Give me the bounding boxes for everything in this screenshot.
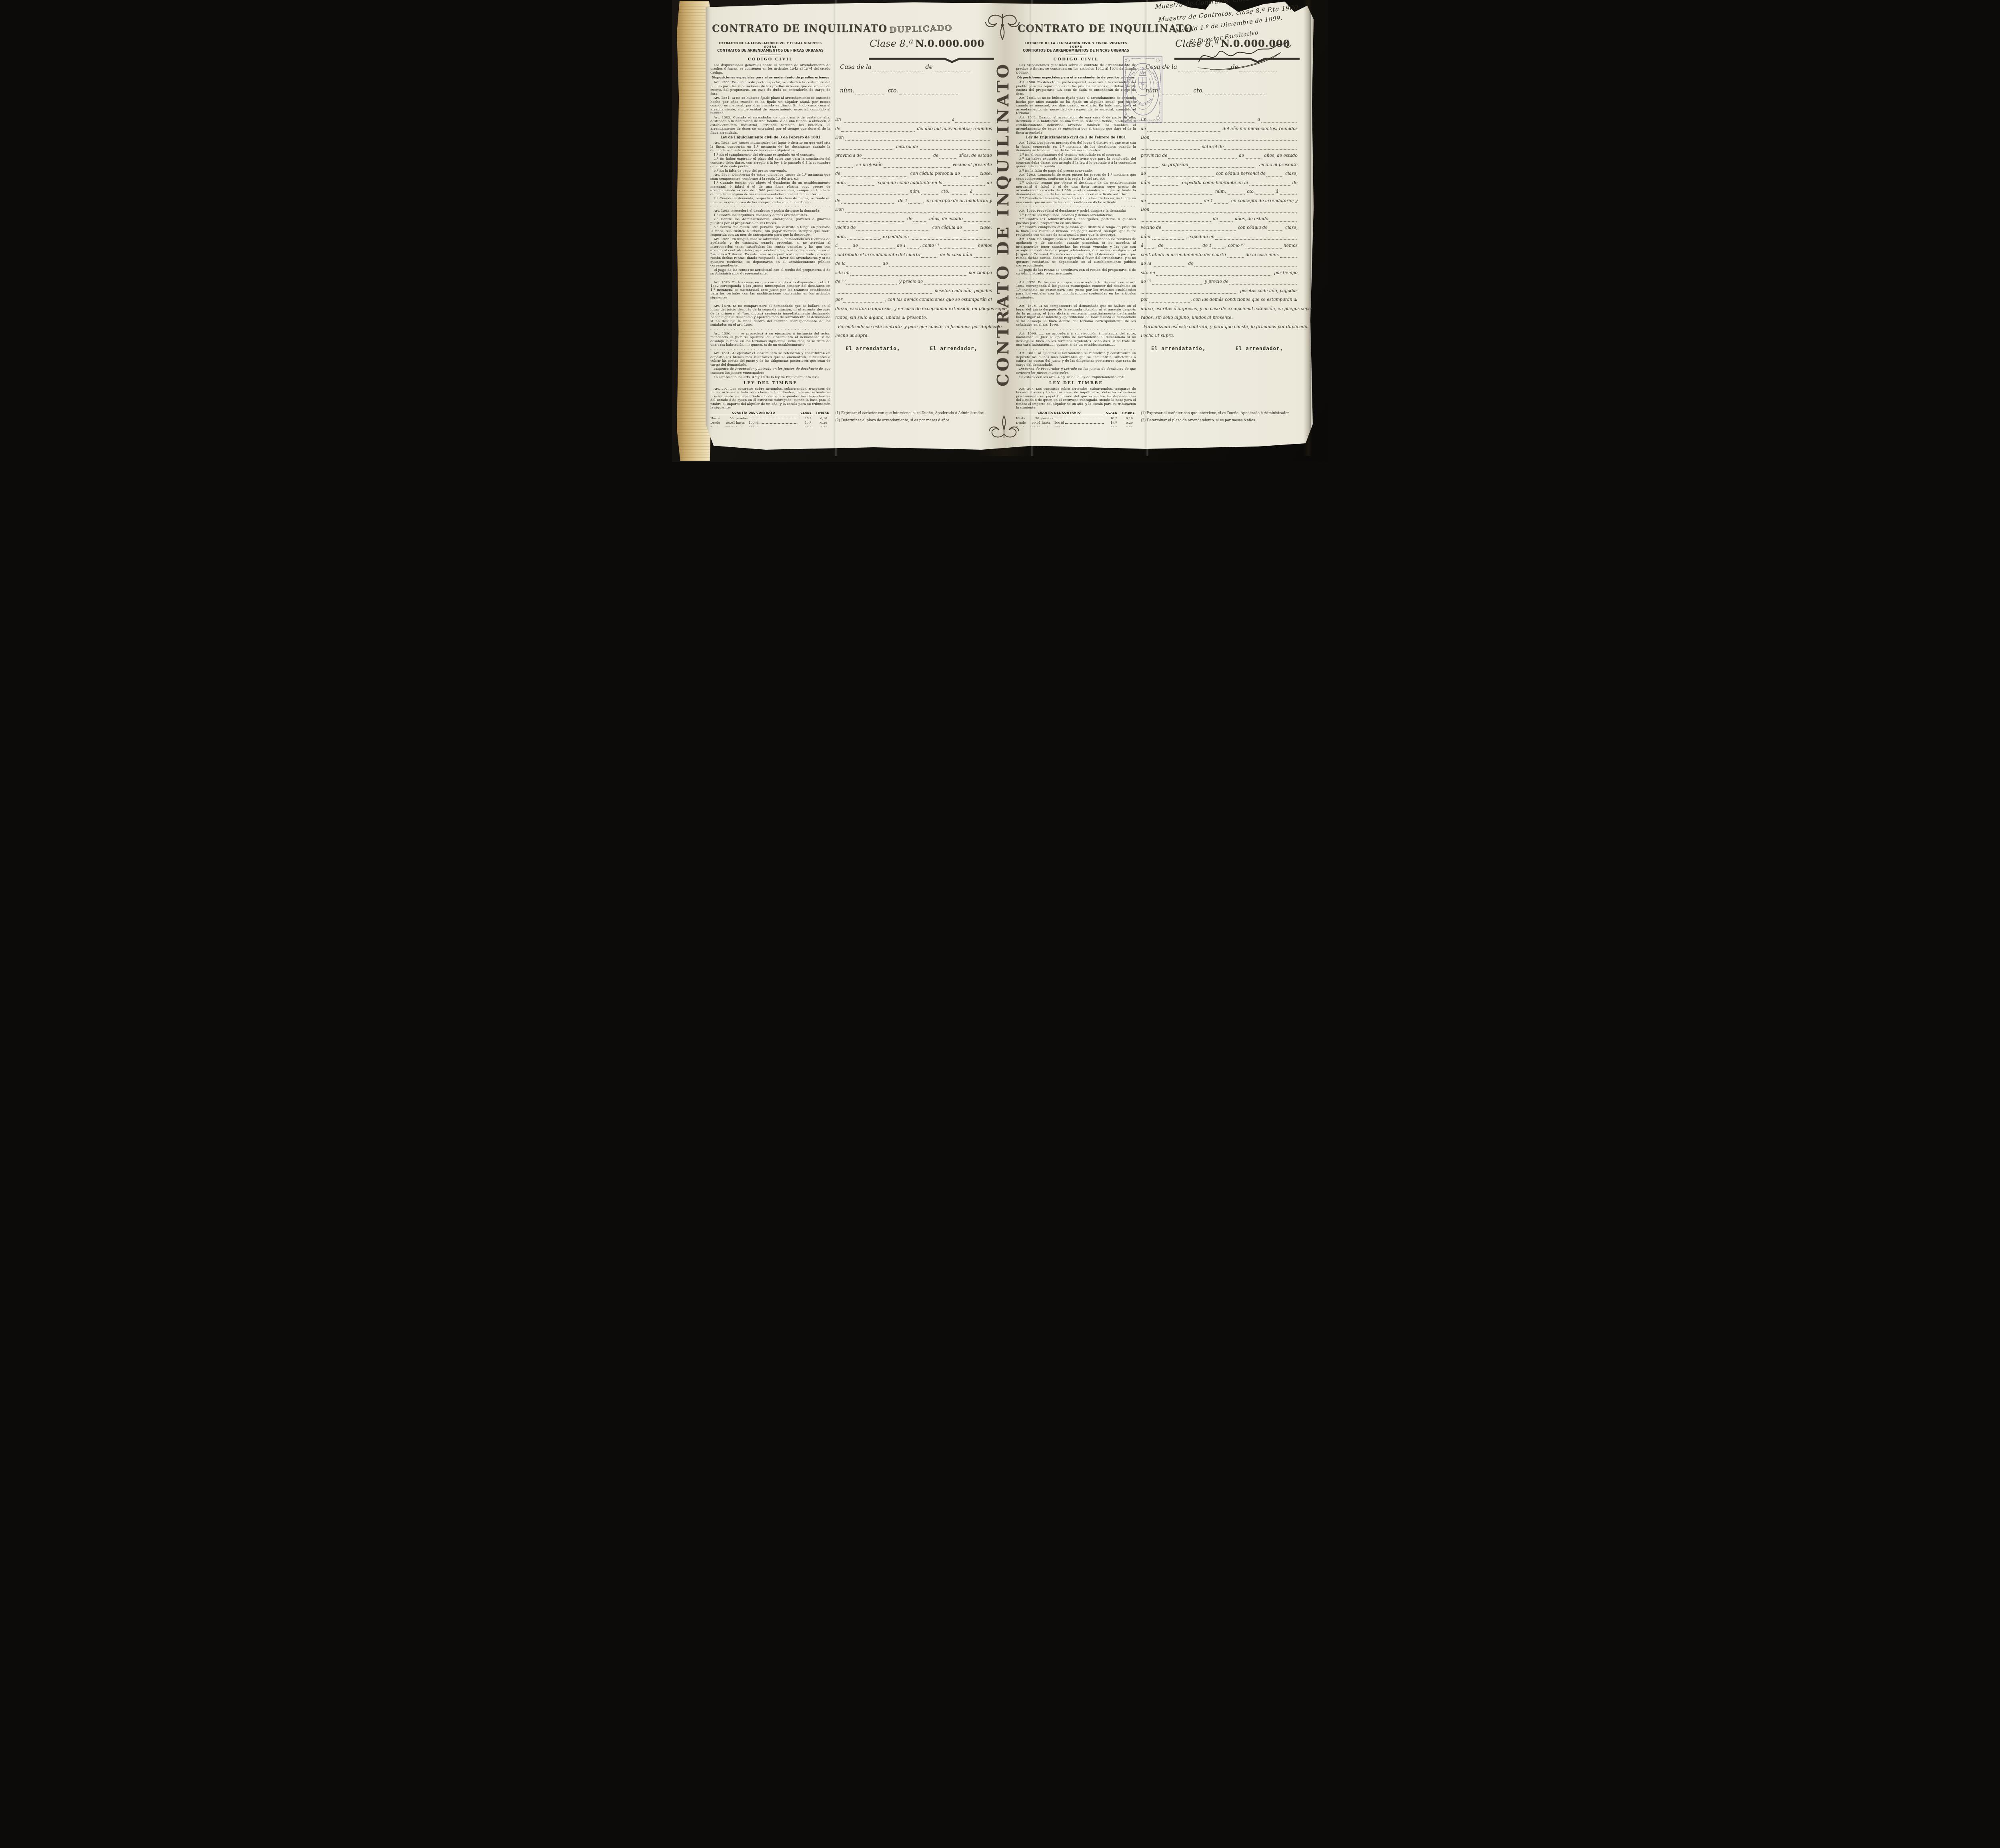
bottom-flourish-ornament — [987, 414, 1021, 440]
form-body: En ade del año mil nuevecientos; reunido… — [835, 115, 992, 340]
tariff-table: CUANTÍA DEL CONTRATO CLASE TIMBRE Hasta … — [1016, 411, 1136, 426]
form-line: Fecha ut supra. — [835, 331, 992, 340]
legal-paragraph: Disposiciones especiales para el arrenda… — [1016, 76, 1136, 80]
form-line: de años, de estado — [835, 214, 992, 224]
signature-row: El arrendatario, El arrendador, — [835, 340, 992, 351]
legal-paragraph: CONTRATOS DE ARRENDAMIENTOS DE FINCAS UR… — [1016, 49, 1136, 53]
legal-paragraph — [760, 54, 781, 55]
tariff-table: CUANTÍA DEL CONTRATO CLASE TIMBRE Hasta … — [710, 411, 830, 426]
legal-paragraph: 1.º Cuando tengan por objeto el desahuci… — [710, 181, 830, 196]
dot-leader — [749, 419, 798, 419]
royal-coat-of-arms — [1134, 68, 1151, 96]
legal-paragraph: Art. 1596. ..... se procederá á su ejecu… — [1016, 332, 1136, 347]
legal-paragraph: CÓDIGO CIVIL — [1016, 57, 1136, 62]
clase-serial-row: Clase 8.ª N.0.000.000 — [870, 38, 984, 49]
legal-paragraph: LEY DEL TIMBRE — [1016, 381, 1136, 386]
dot-leader — [1065, 423, 1104, 424]
legal-paragraph: . . . . . . . . . . . . . . . . . . . . … — [710, 276, 830, 280]
footnote: (1) Expresar el carácter con que intervi… — [835, 410, 992, 417]
legal-paragraph: Dispensa de Procurador y Letrado en los … — [710, 367, 830, 374]
tariff-table-header: CUANTÍA DEL CONTRATO CLASE TIMBRE — [1016, 411, 1136, 415]
form-line: núm. expedida como habitante en la de — [835, 178, 992, 188]
form-line: pesetas cada año, pagadas — [1141, 286, 1298, 296]
legal-paragraph: Art. 207. Los contratos sobre arriendos,… — [710, 387, 830, 410]
form-line: núm. expedida como habitante en la de — [1141, 178, 1298, 188]
legal-paragraph: Art. 1601. Al ejecutar el lanzamiento se… — [1016, 351, 1136, 366]
table-row: Desde 100,01 hasta 150 íd 16.ª 0,30 — [710, 425, 830, 426]
form-line: á de de 1, como ⁽¹⁾ hemos — [1141, 241, 1298, 250]
footnotes: (1) Expresar el carácter con que intervi… — [1141, 410, 1298, 424]
form-line: Formalizado así este contrato, y para qu… — [1141, 322, 1298, 332]
form-line: contratado el arrendamiento del cuarto d… — [835, 250, 992, 260]
legal-paragraph: 1.º Contra los inquilinos, colonos y dem… — [710, 213, 830, 217]
legal-paragraph: 3.º Contra cualquiera otra persona que d… — [710, 225, 830, 237]
legal-paragraph: . . . . . . . . . . . . . . . . . . . . … — [1016, 205, 1136, 208]
table-row: Desde 50,01 hasta 100 íd 17.ª 0,20 — [710, 420, 830, 425]
legal-paragraph: 1.º Contra los inquilinos, colonos y dem… — [1016, 213, 1136, 217]
form-line: vecino de con cédula de clase, — [835, 223, 992, 232]
legal-blocks-top: EXTRACTO DE LA LEGISLACIÓN CIVIL Y FISCA… — [1016, 42, 1136, 410]
form-line: de la de — [1141, 259, 1298, 268]
form-line: núm., expedida en — [835, 232, 992, 242]
form-line: sita en por tiempo — [835, 268, 992, 278]
legal-paragraph: 2.ª En haber expirado el plazo del aviso… — [1016, 157, 1136, 168]
legal-paragraph: 2.º Contra los Administradores, encargad… — [1016, 217, 1136, 225]
form-body: En ade del año mil nuevecientos; reunido… — [1141, 115, 1298, 340]
form-line: rados, sin sello alguno, unidos al prese… — [835, 313, 992, 322]
form-line: , su profesión vecino al presente — [835, 160, 992, 170]
form-line: provincia de de años, de estado — [1141, 151, 1298, 160]
form-line: natural de — [1141, 142, 1298, 152]
legal-paragraph: La establecen los arts. 4.º y 10 de la l… — [710, 375, 830, 379]
legal-paragraph: 2.º Contra los Administradores, encargad… — [710, 217, 830, 225]
form-line: de ⁽²⁾ y precio de — [835, 277, 992, 286]
field-num-cto: núm. cto. — [1146, 86, 1266, 96]
legal-paragraph: Art. 1580. En defecto de pacto especial,… — [710, 80, 830, 96]
vertical-banner-title: CONTRATO DE INQUILINATO — [987, 47, 1018, 401]
legal-paragraph: Art. 1562. Los Jueces municipales del lu… — [1016, 141, 1136, 152]
footnote: (2) Determinar el plazo de arrendamiento… — [1141, 417, 1298, 424]
legal-paragraph: . . . . . . . . . . . . . . . . . . . . … — [710, 348, 830, 351]
field-num-cto: núm. cto. — [840, 86, 960, 96]
legal-paragraph: . . . . . . . . . . . . . . . . . . . . … — [710, 328, 830, 331]
legal-paragraph: Art. 1566. En ningún caso se admitirán a… — [710, 237, 830, 268]
legal-paragraph: Disposiciones especiales para el arrenda… — [710, 76, 830, 80]
form-line: Don — [1141, 133, 1298, 142]
form-line: Fecha ut supra. — [1141, 331, 1298, 340]
form-line: sita en por tiempo — [1141, 268, 1298, 278]
signature-label-landlord: El arrendador, — [930, 345, 978, 351]
legal-paragraph: La establecen los arts. 4.º y 10 de la l… — [1016, 375, 1136, 379]
form-line: En a — [1141, 115, 1298, 124]
col-header-cuantia: CUANTÍA DEL CONTRATO — [1016, 411, 1102, 415]
signature-row: El arrendatario, El arrendador, — [1141, 340, 1298, 351]
svg-text:✳: ✳ — [1157, 88, 1159, 91]
col-header-timbre: TIMBRE — [1120, 411, 1136, 415]
legal-column: EXTRACTO DE LA LEGISLACIÓN CIVIL Y FISCA… — [1016, 41, 1136, 426]
form-line: núm. cto. á — [1141, 187, 1298, 196]
legal-paragraph: Dispensa de Procurador y Letrado en los … — [1016, 367, 1136, 374]
form-line: rados, sin sello alguno, unidos al prese… — [1141, 313, 1298, 322]
revenue-stamp: CONTRATOS DE INQUILINATO 1900 PESETAS 7 … — [1122, 55, 1163, 123]
legal-paragraph: Art. 1563. Conocerán de estos juicios lo… — [1016, 173, 1136, 180]
legal-paragraph: Art. 1570. En los casos en que con arreg… — [1016, 280, 1136, 300]
legal-paragraph: Art. 1563. Conocerán de estos juicios lo… — [710, 173, 830, 180]
top-flourish-ornament — [983, 13, 1022, 41]
left-page: CONTRATO DE INQUILINATO DUPLICADO Clase … — [709, 0, 994, 456]
legal-blocks-top: EXTRACTO DE LA LEGISLACIÓN CIVIL Y FISCA… — [710, 42, 830, 410]
clase-label: Clase 8.ª — [870, 38, 913, 49]
legal-paragraph: 2.º Cuando la demanda, respecto á toda c… — [1016, 196, 1136, 204]
form-line: Don — [835, 133, 992, 142]
form-line: de con cédula personal de clase, — [835, 169, 992, 178]
legal-paragraph: . . . . . . . . . . . . . . . . . . . . … — [710, 300, 830, 303]
col-header-clase: CLASE — [799, 411, 813, 415]
tariff-rows: Hasta 50 pesetas 18.ª 0,10 Desde 50,01 h… — [1016, 416, 1136, 426]
legal-paragraph: Art. 1570. En los casos en que con arreg… — [710, 280, 830, 300]
legal-paragraph: . . . . . . . . . . . . . . . . . . . . … — [710, 205, 830, 208]
form-line: de con cédula personal de clase, — [1141, 169, 1298, 178]
form-line: dorso, escritas ó impresas, y en caso de… — [1141, 304, 1298, 314]
form-line: Don — [835, 205, 992, 214]
form-line: de años, de estado — [1141, 214, 1298, 224]
dot-leader — [1054, 419, 1104, 419]
legal-paragraph: Art. 1581. Si no se hubiese fijado plazo… — [1016, 96, 1136, 115]
legal-paragraph: Art. 1565. Procederá el desahucio y podr… — [1016, 209, 1136, 213]
legal-paragraph: 3.ª En la falta de pago del precio conve… — [1016, 169, 1136, 173]
legal-paragraph: Las disposiciones generales sobre el con… — [1016, 63, 1136, 75]
legal-paragraph: El pago de las rentas se acreditará con … — [1016, 268, 1136, 276]
legal-paragraph: Art. 1562. Los Jueces municipales del lu… — [710, 141, 830, 152]
legal-paragraph: Ley de Enjuiciamiento civil de 3 de Febr… — [710, 136, 830, 140]
legal-paragraph: Art. 1578. Si no compareciere el demanda… — [710, 304, 830, 327]
legal-paragraph: Art. 1565. Procederá el desahucio y podr… — [710, 209, 830, 213]
svg-text:PESETAS: PESETAS — [1132, 97, 1154, 107]
field-casa: Casa de la de — [840, 60, 972, 74]
form-line: contratado el arrendamiento del cuarto d… — [1141, 250, 1298, 260]
legal-paragraph: 3.ª En la falta de pago del precio conve… — [710, 169, 830, 173]
col-header-clase: CLASE — [1105, 411, 1118, 415]
footnote: (2) Determinar el plazo de arrendamiento… — [835, 417, 992, 424]
legal-paragraph — [1066, 54, 1086, 55]
legal-paragraph: EXTRACTO DE LA LEGISLACIÓN CIVIL Y FISCA… — [710, 42, 830, 45]
contract-form: Casa de la de núm. cto. En ade del año m… — [1141, 60, 1298, 424]
legal-column: EXTRACTO DE LA LEGISLACIÓN CIVIL Y FISCA… — [710, 41, 830, 426]
form-line: vecino de con cédula de clase, — [1141, 223, 1298, 232]
form-line: de la de — [835, 259, 992, 268]
signature-label-tenant: El arrendatario, — [1151, 345, 1206, 351]
signature-label-tenant: El arrendatario, — [846, 345, 900, 351]
table-row: Hasta 50 pesetas 18.ª 0,10 — [1016, 416, 1136, 420]
signature-label-landlord: El arrendador, — [1236, 345, 1283, 351]
svg-text:✳: ✳ — [1126, 88, 1128, 91]
form-line: por, con las demás condiciones que se es… — [835, 295, 992, 304]
form-line: por, con las demás condiciones que se es… — [1141, 295, 1298, 304]
form-line: de de 1, en concepto de arrendatario; y — [1141, 196, 1298, 206]
form-line: Don — [1141, 205, 1298, 214]
footnotes: (1) Expresar el carácter con que intervi… — [835, 410, 992, 424]
legal-paragraph: 1.ª En el cumplimiento del término estip… — [710, 153, 830, 157]
col-header-cuantia: CUANTÍA DEL CONTRATO — [710, 411, 797, 415]
legal-paragraph: 1.ª En el cumplimiento del término estip… — [1016, 153, 1136, 157]
form-line: de del año mil nuevecientos; reunidos — [835, 124, 992, 134]
legal-paragraph: El pago de las rentas se acreditará con … — [710, 268, 830, 276]
page-title: CONTRATO DE INQUILINATO — [712, 22, 887, 35]
photographed-document: CONTRATO DE INQUILINATO DUPLICADO Clase … — [672, 0, 1328, 462]
form-line: provincia de de años, de estado — [835, 151, 992, 160]
page-title: CONTRATO DE INQUILINATO — [1018, 22, 1193, 35]
legal-paragraph: LEY DEL TIMBRE — [710, 381, 830, 386]
legal-paragraph: SOBRE — [1016, 46, 1136, 48]
table-row: Desde 100,01 hasta 150 íd 16.ª 0,30 — [1016, 425, 1136, 426]
col-header-timbre: TIMBRE — [814, 411, 830, 415]
legal-paragraph: Ley de Enjuiciamiento civil de 3 de Febr… — [1016, 136, 1136, 140]
form-line: núm., expedida en — [1141, 232, 1298, 242]
legal-paragraph: CONTRATOS DE ARRENDAMIENTOS DE FINCAS UR… — [710, 49, 830, 53]
form-line: de del año mil nuevecientos; reunidos — [1141, 124, 1298, 134]
legal-paragraph: CÓDIGO CIVIL — [710, 57, 830, 62]
legal-paragraph: . . . . . . . . . . . . . . . . . . . . … — [1016, 348, 1136, 351]
legal-paragraph: Art. 1566. En ningún caso se admitirán a… — [1016, 237, 1136, 268]
dot-leader — [760, 423, 798, 424]
form-line: pesetas cada año, pagadas — [835, 286, 992, 296]
legal-paragraph: Art. 1582. Cuando el arrendador de una c… — [710, 116, 830, 135]
legal-paragraph: Art. 1601. Al ejecutar el lanzamiento se… — [710, 351, 830, 366]
legal-paragraph: . . . . . . . . . . . . . . . . . . . . … — [1016, 276, 1136, 280]
legal-paragraph: EXTRACTO DE LA LEGISLACIÓN CIVIL Y FISCA… — [1016, 42, 1136, 45]
legal-paragraph: . . . . . . . . . . . . . . . . . . . . … — [1016, 300, 1136, 303]
legal-paragraph: SOBRE — [710, 46, 830, 48]
form-line: de ⁽²⁾ y precio de — [1141, 277, 1298, 286]
legal-paragraph: 1.º Cuando tengan por objeto el desahuci… — [1016, 181, 1136, 196]
tariff-table-header: CUANTÍA DEL CONTRATO CLASE TIMBRE — [710, 411, 830, 415]
tariff-rows: Hasta 50 pesetas 18.ª 0,10 Desde 50,01 h… — [710, 416, 830, 426]
form-line: , su profesión vecino al presente — [1141, 160, 1298, 170]
legal-paragraph: Art. 1580. En defecto de pacto especial,… — [1016, 80, 1136, 96]
table-row: Desde 50,01 hasta 100 íd 17.ª 0,20 — [1016, 420, 1136, 425]
legal-paragraph: Art. 1578. Si no compareciere el demanda… — [1016, 304, 1136, 327]
legal-paragraph: 2.ª En haber expirado el plazo del aviso… — [710, 157, 830, 168]
legal-paragraph: 2.º Cuando la demanda, respecto á toda c… — [710, 196, 830, 204]
form-line: á de de 1, como ⁽¹⁾ hemos — [835, 241, 992, 250]
form-line: natural de — [835, 142, 992, 152]
form-line: En a — [835, 115, 992, 124]
form-line: núm. cto. á — [835, 187, 992, 196]
legal-paragraph: Art. 1596. ..... se procederá á su ejecu… — [710, 332, 830, 347]
duplicado-label: DUPLICADO — [890, 23, 953, 34]
contract-form: Casa de la de núm. cto. En ade del año m… — [835, 60, 992, 424]
legal-paragraph: . . . . . . . . . . . . . . . . . . . . … — [1016, 328, 1136, 331]
footnote: (1) Expresar el carácter con que intervi… — [1141, 410, 1298, 417]
form-line: de de 1, en concepto de arrendatario; y — [835, 196, 992, 206]
legal-paragraph: 3.º Contra cualquiera otra persona que d… — [1016, 225, 1136, 237]
legal-paragraph: Art. 1582. Cuando el arrendador de una c… — [1016, 116, 1136, 135]
legal-paragraph: Art. 1581. Si no se hubiese fijado plazo… — [710, 96, 830, 115]
legal-paragraph: Art. 207. Los contratos sobre arriendos,… — [1016, 387, 1136, 410]
stamp-value: 7 — [1127, 102, 1133, 109]
form-line: dorso, escritas ó impresas, y en caso de… — [835, 304, 992, 314]
serial-number: N.0.000.000 — [915, 38, 984, 49]
table-row: Hasta 50 pesetas 18.ª 0,10 — [710, 416, 830, 420]
form-line: Formalizado así este contrato, y para qu… — [835, 322, 992, 332]
legal-paragraph: Las disposiciones generales sobre el con… — [710, 63, 830, 75]
